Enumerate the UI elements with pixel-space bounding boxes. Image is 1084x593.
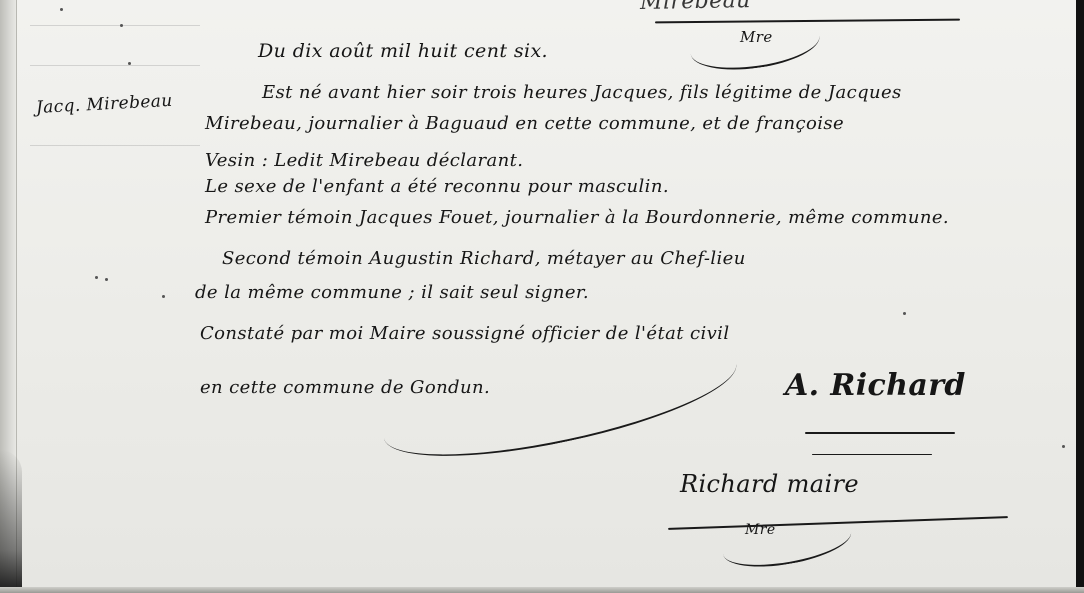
- margin-note-child-name: Jacq. Mirebeau: [35, 91, 173, 118]
- record-line-1: Est né avant hier soir trois heures Jacq…: [262, 82, 902, 103]
- paper-speck: [95, 276, 98, 279]
- paper-speck: [105, 278, 108, 281]
- paper-speck: [60, 8, 63, 11]
- record-line-7: de la même commune ; il sait seul signer…: [195, 282, 589, 303]
- record-line-5: Premier témoin Jacques Fouet, journalier…: [205, 207, 949, 228]
- paper-speck: [128, 62, 131, 65]
- record-date-line: Du dix août mil huit cent six.: [258, 40, 548, 62]
- paper-speck: [1062, 445, 1065, 448]
- record-line-8: Constaté par moi Maire soussigné officie…: [200, 323, 730, 344]
- header-name-fragment: Mirebeau: [640, 0, 751, 15]
- paper-speck: [903, 312, 906, 315]
- mayor-signature-flourish: [719, 511, 854, 575]
- scan-border: [1076, 0, 1084, 593]
- closing-flourish: [375, 323, 744, 478]
- faint-guide-line: [30, 25, 200, 26]
- header-underline: [655, 19, 960, 24]
- record-line-3: Vesin : Ledit Mirebeau déclarant.: [205, 150, 523, 171]
- mayor-signature: Richard maire: [680, 470, 859, 498]
- page-corner-shadow: [0, 450, 22, 593]
- signature-underline-2: [812, 454, 932, 455]
- record-line-6: Second témoin Augustin Richard, métayer …: [222, 248, 746, 269]
- signature-underline: [805, 432, 955, 434]
- paper-speck: [162, 295, 165, 298]
- faint-guide-line: [30, 65, 200, 66]
- scanned-register-page: Mirebeau Mre Jacq. Mirebeau Du dix août …: [0, 0, 1084, 593]
- paper-speck: [120, 24, 123, 27]
- record-line-2: Mirebeau, journalier à Baguaud en cette …: [205, 113, 844, 134]
- faint-guide-line: [30, 145, 200, 146]
- record-line-4: Le sexe de l'enfant a été reconnu pour m…: [205, 176, 669, 197]
- page-bottom-edge: [0, 587, 1084, 593]
- witness-signature: A. Richard: [785, 368, 966, 403]
